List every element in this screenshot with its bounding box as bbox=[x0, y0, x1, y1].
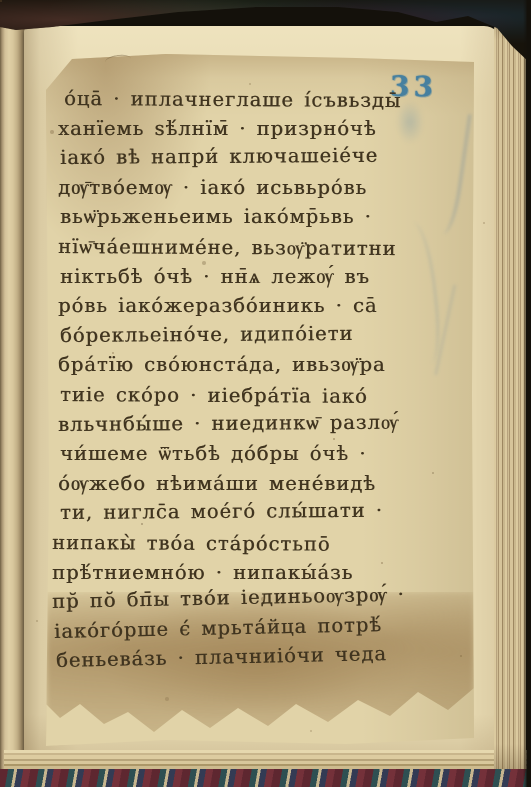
manuscript-text-line: о́ца̄ · иплачнеглаше і́съвьзды̄ bbox=[64, 84, 405, 116]
marbled-cover-edge bbox=[0, 769, 531, 787]
manuscript-text-line: ханїемь ѕѣ́лнїм̄ · призрно́чѣ bbox=[58, 114, 405, 144]
manuscript-text-line: о́ѹжебо нѣима́ши мене́видѣ bbox=[58, 469, 405, 499]
manuscript-text-line: дѹ̄тво́емѹ · іако́ исьвьро́вь bbox=[58, 173, 405, 203]
manuscript-text-line: вльчнбы́ше · ниединкѡ̄ разлѹ́ bbox=[58, 407, 405, 439]
foxing-speckles bbox=[0, 0, 2, 2]
manuscript-text-line: тиіе ско́ро · иіебра́тїа іако́ bbox=[60, 380, 405, 412]
ink-bleed-stroke bbox=[426, 111, 472, 236]
bottom-page-edges bbox=[4, 750, 531, 770]
manuscript-text-line: вьѡ̈рьженьеимь іако́мр̄ьвь · bbox=[60, 202, 405, 232]
ink-bleed-stroke bbox=[435, 285, 476, 380]
manuscript-text-line: нїѡ̄ча́ешниме́не, вьзѹ̈ратитни bbox=[58, 232, 405, 264]
manuscript-leaf: 33 о́ца̄ · иплачнеглаше і́съвьзды̄ханїем… bbox=[46, 54, 474, 746]
manuscript-text-line: ти, ниглс̄а мое́го́ слы́шати · bbox=[60, 496, 405, 528]
manuscript-text-line: чи́шеме ѿтьбѣ до́бры о́чѣ · bbox=[60, 439, 405, 469]
manuscript-text-line: бо́рекльеіно́че, идипо́іети bbox=[60, 318, 405, 350]
manuscript-photo: 33 о́ца̄ · иплачнеглаше і́съвьзды̄ханїем… bbox=[0, 0, 531, 787]
manuscript-text-line: ніктьбѣ о́чѣ · нн̄ѧ лежѹ́ въ bbox=[60, 262, 405, 292]
book-cover-right bbox=[523, 0, 531, 787]
manuscript-text-block: о́ца̄ · иплачнеглаше і́съвьзды̄ханїемь ѕ… bbox=[60, 84, 405, 676]
manuscript-text-line: бра́тїю сво́юнста́да, ивьзѹ̈ра bbox=[58, 350, 405, 380]
manuscript-text-line: беньева́зь · плачниіо́чи чеда bbox=[56, 639, 405, 676]
book-fore-edge bbox=[494, 10, 526, 774]
manuscript-text-line: іако́ вѣ напри́ ключашеіе́че bbox=[60, 141, 405, 173]
manuscript-text-line: нипакы̀ тво́а ста́ро́стьпо̄ bbox=[52, 528, 405, 560]
manuscript-text-line: ро́вь іако́жеразбо́иникь · са̄ bbox=[58, 291, 405, 321]
gutter-page-edges bbox=[0, 20, 26, 772]
